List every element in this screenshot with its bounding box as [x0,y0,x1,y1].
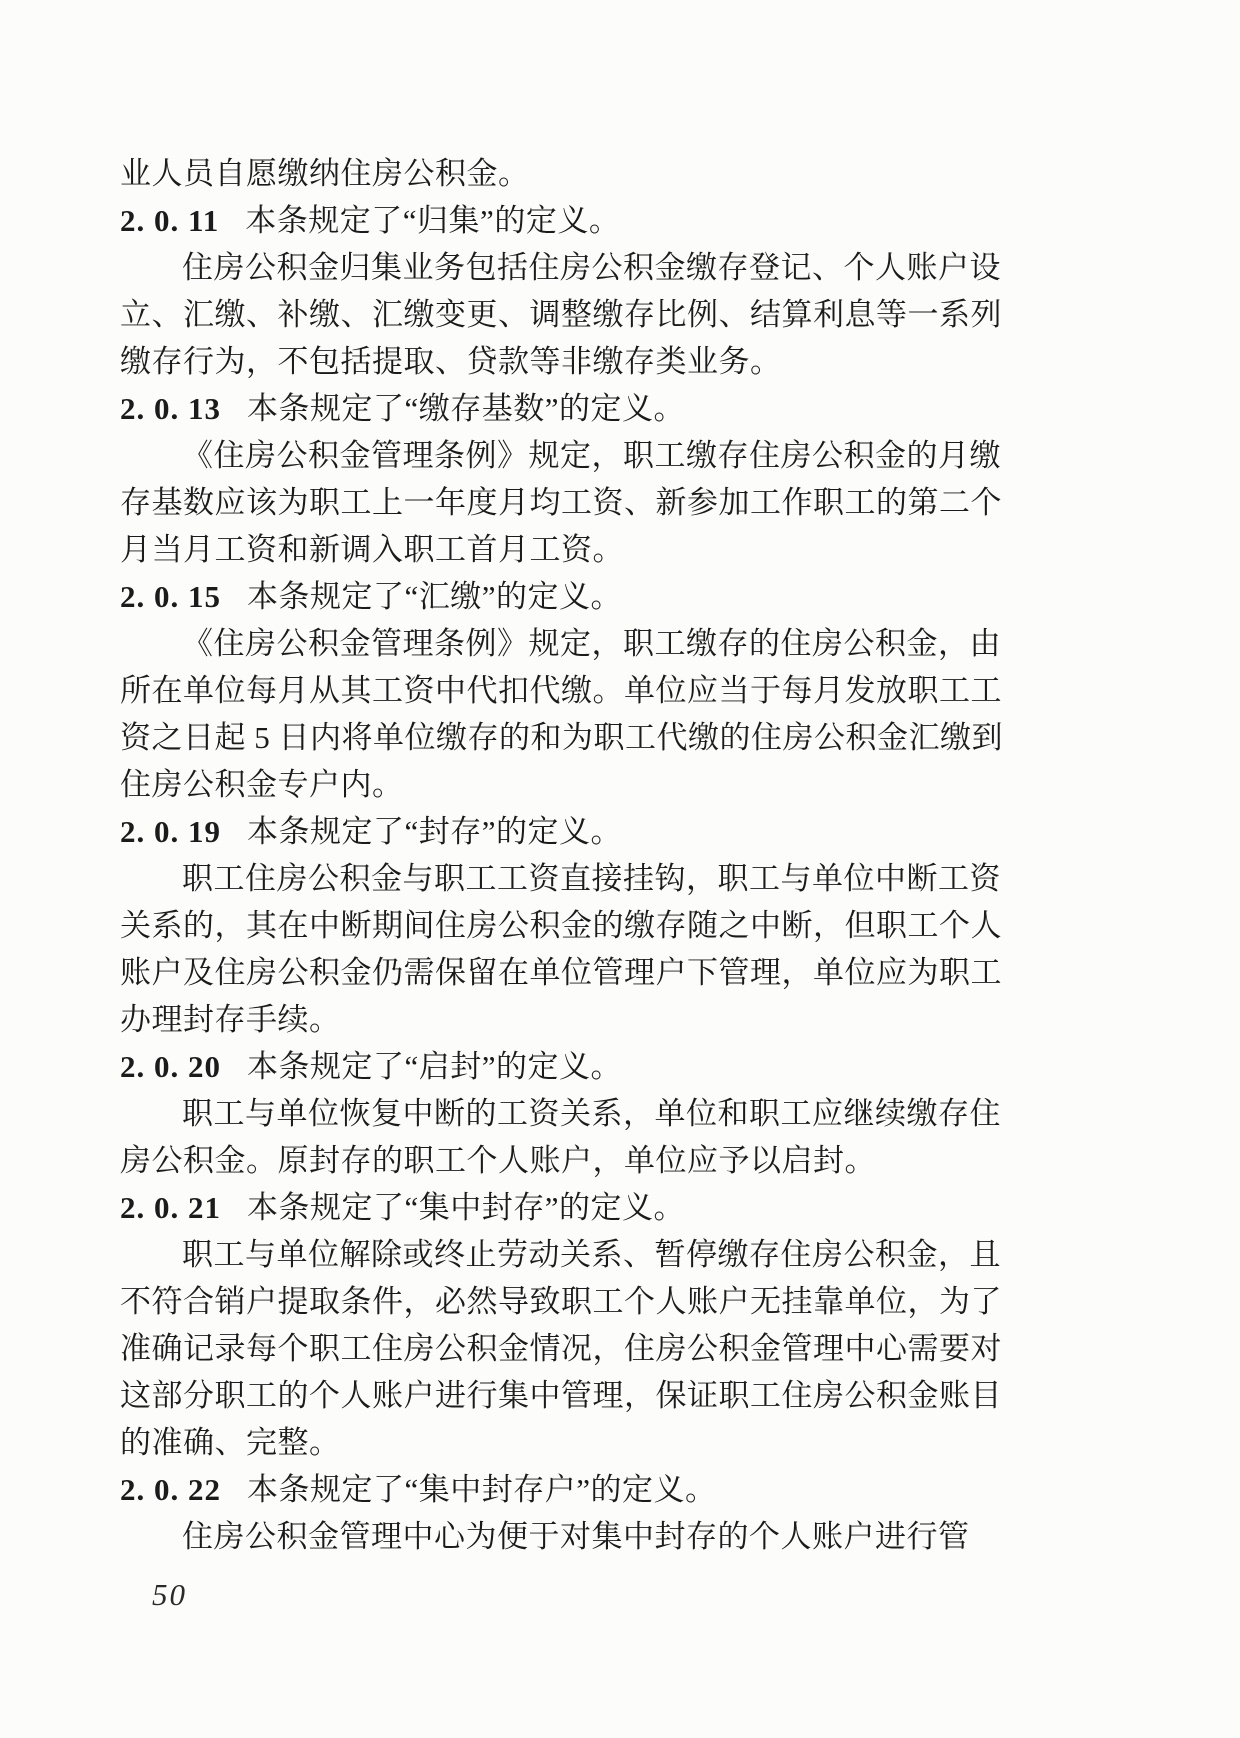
clause-number: 2. 0. 22 [120,1472,221,1507]
text-line: 住房公积金专户内。 [120,761,920,808]
clause-heading-line: 2. 0. 13本条规定了“缴存基数”的定义。 [120,385,920,432]
clause-title: 本条规定了“启封”的定义。 [247,1049,622,1084]
page-text-block: 业人员自愿缴纳住房公积金。2. 0. 11本条规定了“归集”的定义。住房公积金归… [120,150,920,1560]
text-line: 存基数应该为职工上一年度月均工资、新参加工作职工的第二个 [120,479,920,526]
clause-heading-line: 2. 0. 20本条规定了“启封”的定义。 [120,1043,920,1090]
text-line: 立、汇缴、补缴、汇缴变更、调整缴存比例、结算利息等一系列 [120,291,920,338]
text-line: 业人员自愿缴纳住房公积金。 [120,150,920,197]
clause-heading-line: 2. 0. 15本条规定了“汇缴”的定义。 [120,573,920,620]
text-line: 职工与单位解除或终止劳动关系、暂停缴存住房公积金，且 [120,1231,920,1278]
text-line: 这部分职工的个人账户进行集中管理，保证职工住房公积金账目 [120,1372,920,1419]
page-number: 50 [152,1577,187,1613]
clause-title: 本条规定了“缴存基数”的定义。 [247,391,685,426]
text-line: 不符合销户提取条件，必然导致职工个人账户无挂靠单位，为了 [120,1278,920,1325]
text-line: 《住房公积金管理条例》规定，职工缴存的住房公积金，由 [120,620,920,667]
clause-number: 2. 0. 21 [120,1190,221,1225]
text-line: 所在单位每月从其工资中代扣代缴。单位应当于每月发放职工工 [120,667,920,714]
clause-title: 本条规定了“汇缴”的定义。 [247,579,622,614]
text-line: 房公积金。原封存的职工个人账户，单位应予以启封。 [120,1137,920,1184]
text-line: 办理封存手续。 [120,996,920,1043]
clause-number: 2. 0. 15 [120,579,221,614]
text-line: 准确记录每个职工住房公积金情况，住房公积金管理中心需要对 [120,1325,920,1372]
text-line: 月当月工资和新调入职工首月工资。 [120,526,920,573]
text-line: 资之日起 5 日内将单位缴存的和为职工代缴的住房公积金汇缴到 [120,714,920,761]
clause-heading-line: 2. 0. 22本条规定了“集中封存户”的定义。 [120,1466,920,1513]
clause-number: 2. 0. 13 [120,391,221,426]
text-line: 《住房公积金管理条例》规定，职工缴存住房公积金的月缴 [120,432,920,479]
clause-heading-line: 2. 0. 21本条规定了“集中封存”的定义。 [120,1184,920,1231]
clause-title: 本条规定了“集中封存”的定义。 [247,1190,685,1225]
text-line: 住房公积金归集业务包括住房公积金缴存登记、个人账户设 [120,244,920,291]
text-line: 住房公积金管理中心为便于对集中封存的个人账户进行管 [120,1513,920,1560]
text-line: 职工住房公积金与职工工资直接挂钩，职工与单位中断工资 [120,855,920,902]
clause-number: 2. 0. 20 [120,1049,221,1084]
clause-number: 2. 0. 19 [120,814,221,849]
text-line: 缴存行为，不包括提取、贷款等非缴存类业务。 [120,338,920,385]
clause-heading-line: 2. 0. 11本条规定了“归集”的定义。 [120,197,920,244]
text-line: 职工与单位恢复中断的工资关系，单位和职工应继续缴存住 [120,1090,920,1137]
text-line: 关系的，其在中断期间住房公积金的缴存随之中断，但职工个人 [120,902,920,949]
text-line: 的准确、完整。 [120,1419,920,1466]
clause-heading-line: 2. 0. 19本条规定了“封存”的定义。 [120,808,920,855]
text-line: 账户及住房公积金仍需保留在单位管理户下管理，单位应为职工 [120,949,920,996]
scanned-document-page: 业人员自愿缴纳住房公积金。2. 0. 11本条规定了“归集”的定义。住房公积金归… [0,0,1240,1738]
clause-title: 本条规定了“集中封存户”的定义。 [247,1472,717,1507]
clause-title: 本条规定了“封存”的定义。 [247,814,622,849]
clause-number: 2. 0. 11 [120,203,219,238]
clause-title: 本条规定了“归集”的定义。 [245,203,620,238]
